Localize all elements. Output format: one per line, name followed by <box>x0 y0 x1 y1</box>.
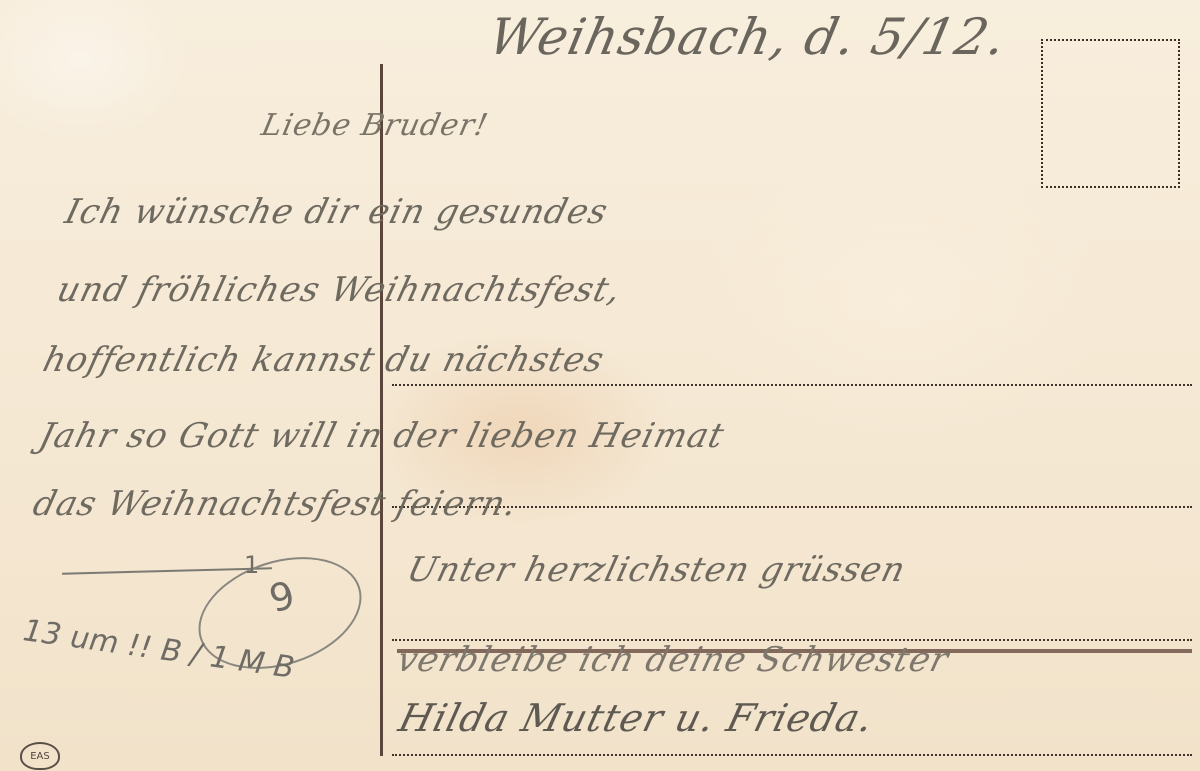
message-line-2: und fröhliches Weihnachtsfest, <box>53 270 626 310</box>
message-line-3: hoffentlich kannst du nächstes <box>39 340 609 380</box>
postcard-back: Weihsbach, d. 5/12. Liebe Bruder! Ich wü… <box>0 0 1200 771</box>
message-line-4: Jahr so Gott will in der lieben Heimat <box>35 416 729 456</box>
message-line-5: das Weihnachtsfest feiern. <box>29 484 522 524</box>
message-line-6: Unter herzlichsten grüssen <box>403 550 910 590</box>
salutation: Liebe Bruder! <box>258 108 491 143</box>
place-date-heading: Weihsbach, d. 5/12. <box>484 8 1012 66</box>
message-line-1: Ich wünsche dir ein gesundes <box>61 192 612 232</box>
pencil-small-mark: 1 <box>244 551 259 579</box>
address-line-1 <box>392 384 1192 386</box>
signature: Hilda Mutter u. Frieda. <box>395 696 879 740</box>
stamp-placeholder-box <box>1041 39 1180 188</box>
eas-heart-logo: EAS <box>20 742 60 770</box>
struck-closing-line: verbleibe ich deine Schwester <box>393 640 953 680</box>
address-line-4 <box>392 754 1192 756</box>
center-divider-line <box>380 64 383 756</box>
